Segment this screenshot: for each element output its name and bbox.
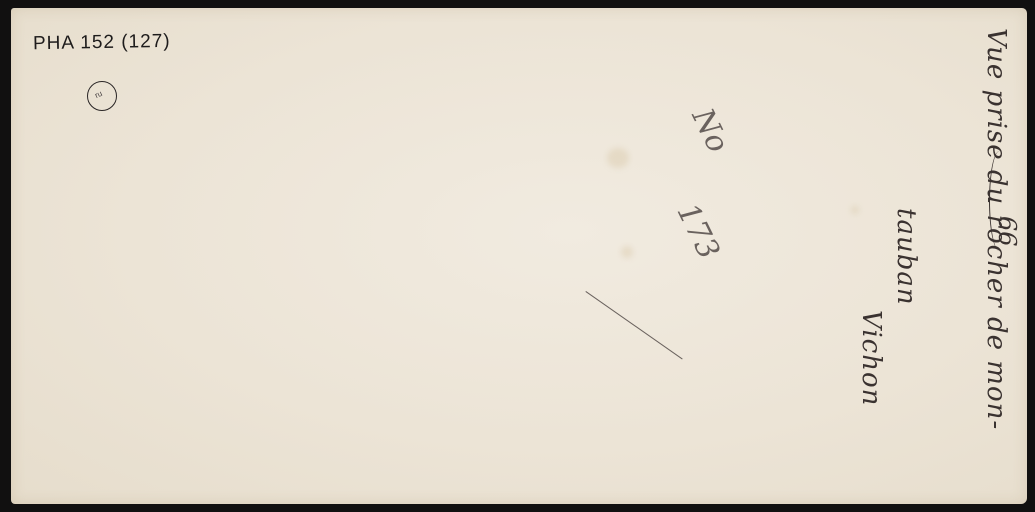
inscription-line-2: tauban [891, 208, 921, 306]
catalog-number: PHA 152 (127) [33, 31, 171, 55]
number-label: No [685, 103, 736, 158]
item-number: 66 [993, 216, 1021, 247]
stain [607, 148, 629, 168]
pencil-slash-mark [585, 291, 682, 360]
stain [621, 246, 633, 258]
inscription-line-3: Vichon [856, 310, 886, 406]
card-verso: PHA 152 (127) ru Vue prise du rocher de … [11, 8, 1027, 504]
stain [851, 206, 859, 214]
circular-stamp-icon: ru [87, 81, 117, 111]
stamp-text: ru [93, 89, 103, 100]
pencil-number: 173 [670, 198, 727, 265]
